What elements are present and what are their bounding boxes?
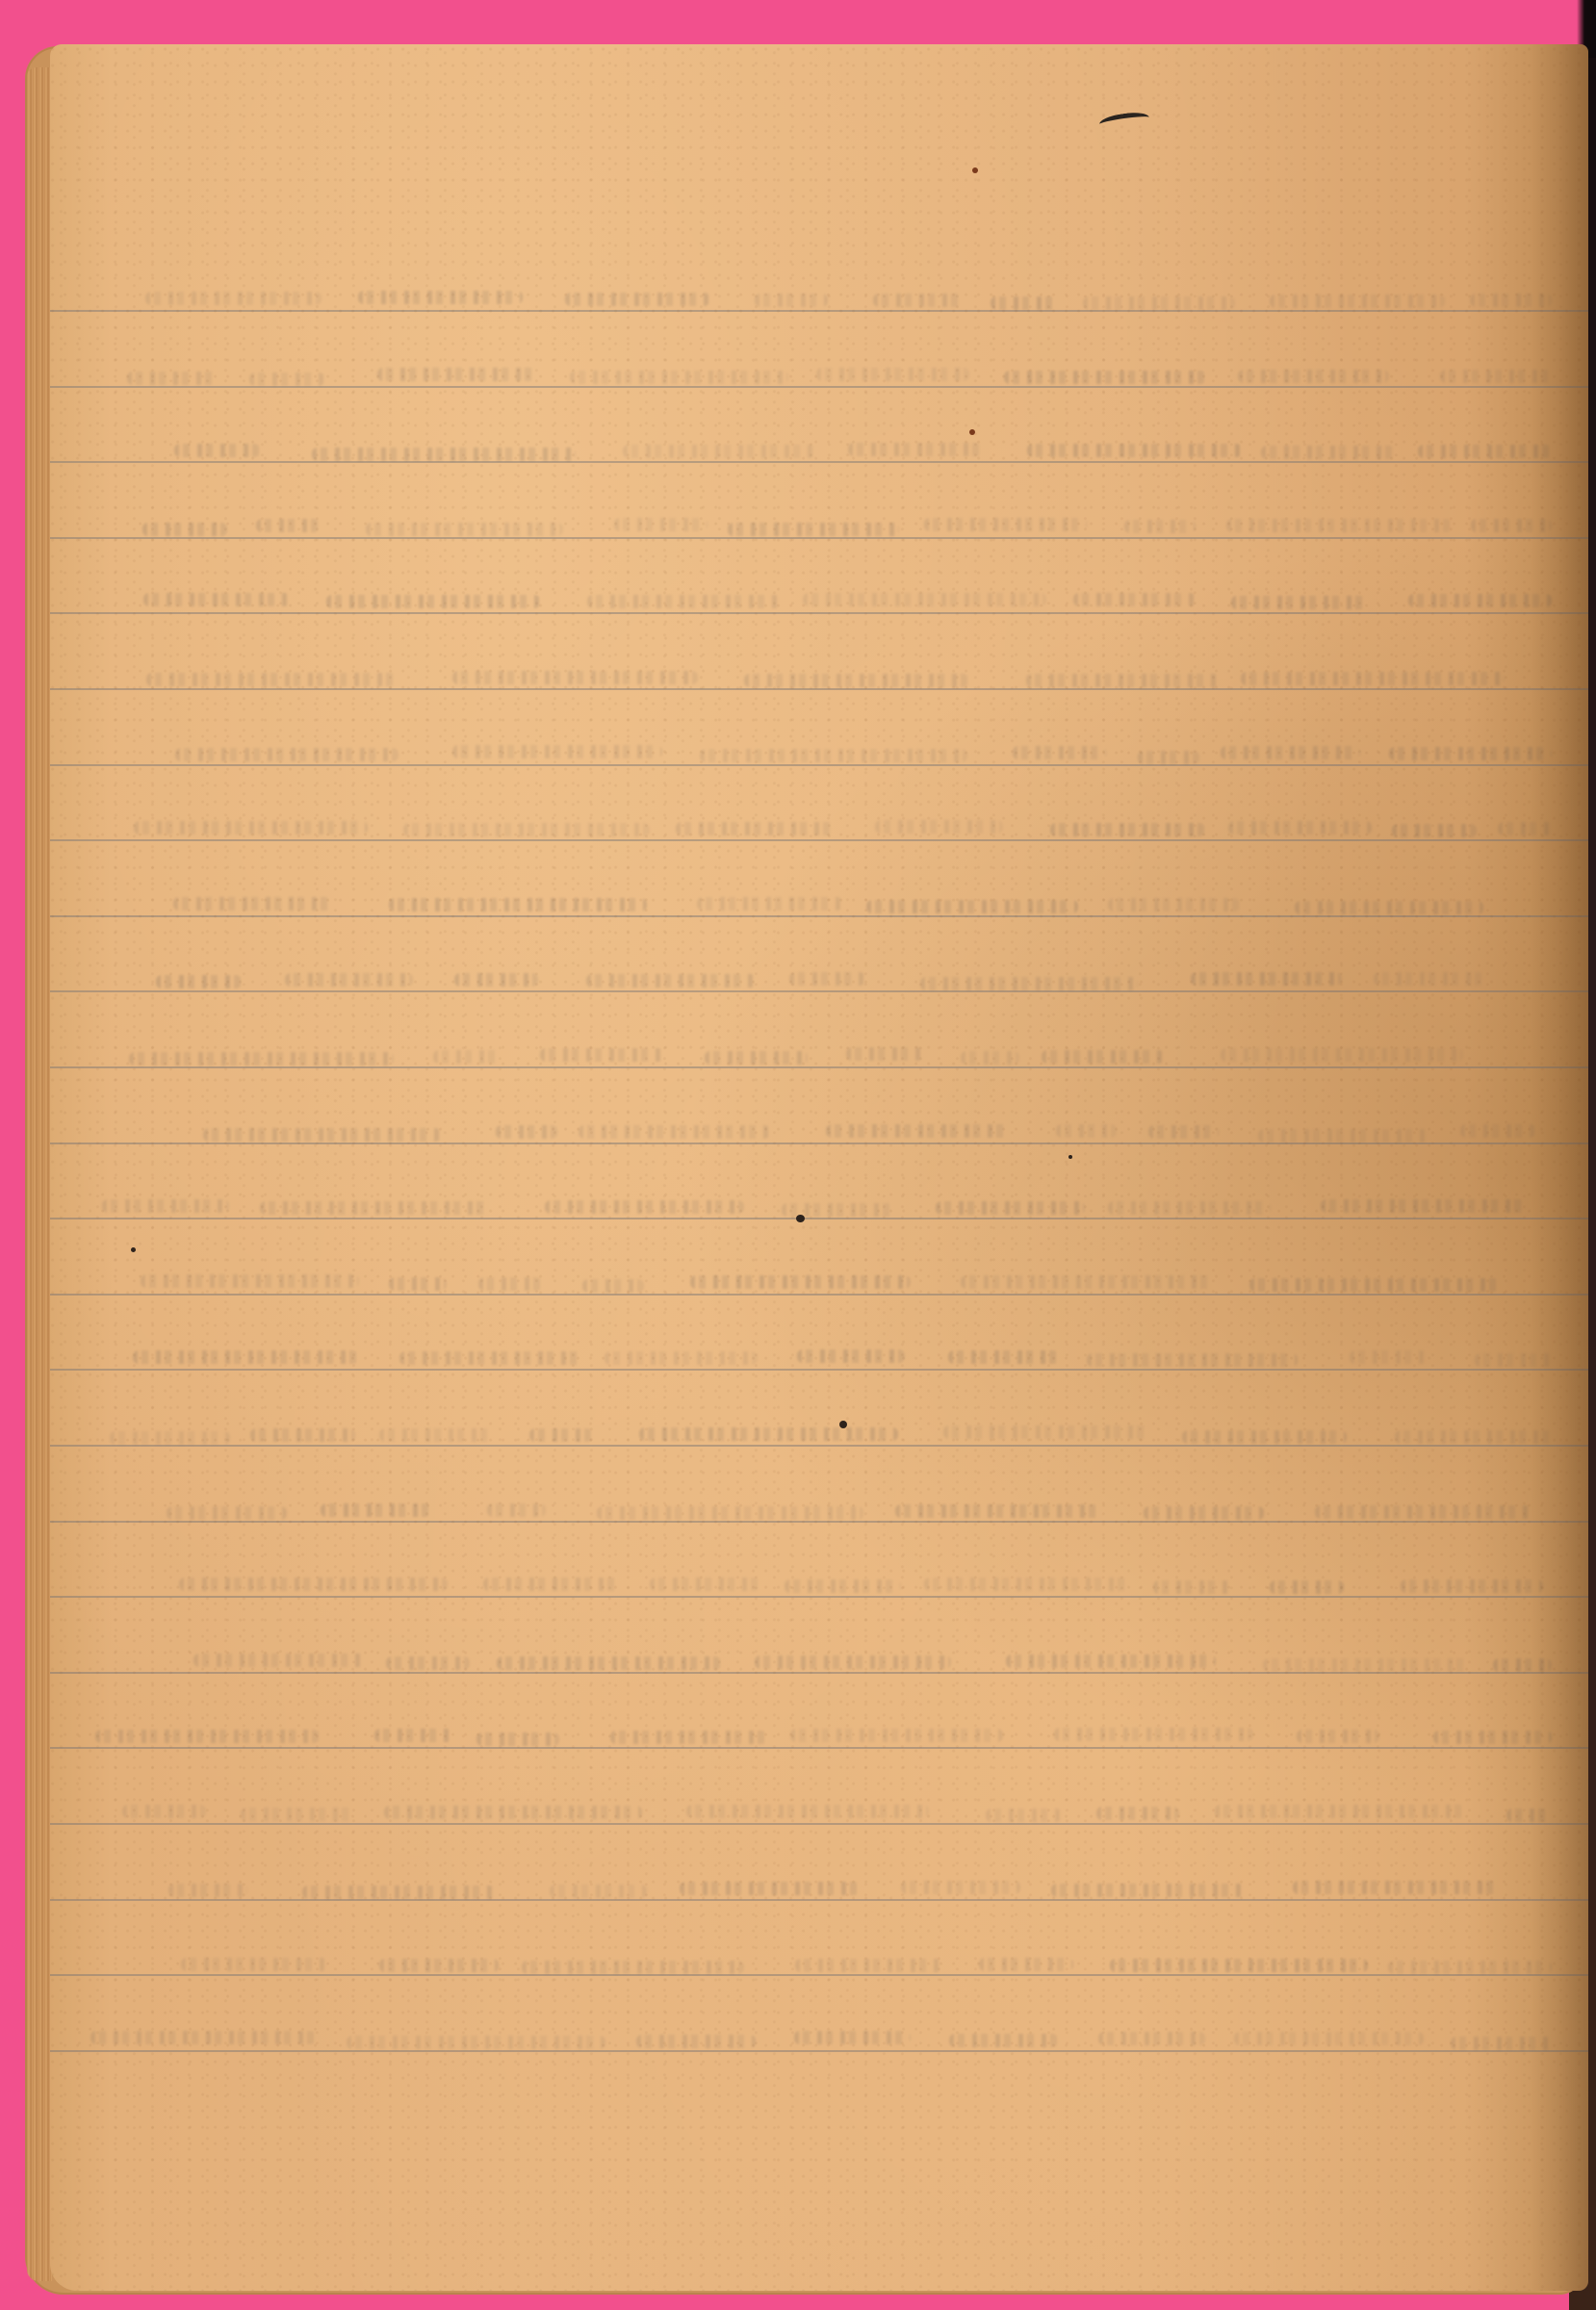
- show-through-word: [366, 523, 563, 536]
- show-through-word: [540, 1048, 663, 1062]
- show-through-word: [483, 1578, 621, 1591]
- show-through-word: [582, 1279, 644, 1293]
- show-through-word: [374, 1729, 452, 1742]
- show-through-word: [95, 1730, 320, 1743]
- show-through-word: [816, 368, 969, 381]
- show-through-word: [179, 1578, 447, 1591]
- show-through-word: [924, 518, 1087, 531]
- ruled-line: [50, 839, 1588, 841]
- show-through-word: [1238, 370, 1388, 383]
- show-through-word: [193, 1654, 364, 1667]
- show-through-word: [133, 1350, 358, 1364]
- show-through-word: [697, 897, 842, 911]
- ruled-line: [50, 1823, 1588, 1825]
- show-through-word: [1226, 519, 1452, 532]
- show-through-word: [570, 371, 788, 384]
- show-through-word: [1027, 444, 1241, 457]
- ink-speck: [972, 167, 978, 173]
- show-through-word: [384, 1806, 642, 1819]
- show-through-word: [979, 1958, 1073, 1971]
- ruled-line: [50, 1445, 1588, 1447]
- show-through-word: [1050, 823, 1204, 836]
- show-through-word: [134, 821, 368, 834]
- show-through-word: [1215, 1805, 1468, 1818]
- show-through-word: [1228, 821, 1372, 834]
- show-through-word: [110, 1431, 230, 1445]
- show-through-word: [1293, 1881, 1497, 1894]
- show-through-word: [1295, 901, 1483, 914]
- show-through-word: [1056, 1124, 1117, 1138]
- show-through-word: [1258, 1129, 1428, 1142]
- show-through-word: [1004, 371, 1206, 384]
- notebook-page: [50, 44, 1588, 2291]
- show-through-word: [1221, 746, 1361, 759]
- show-through-word: [1241, 672, 1505, 685]
- show-through-word: [260, 1201, 491, 1215]
- ruled-line: [50, 2050, 1588, 2052]
- show-through-word: [379, 1959, 499, 1972]
- show-through-word: [1234, 2032, 1423, 2045]
- show-through-word: [991, 296, 1059, 310]
- show-through-word: [1098, 2032, 1206, 2045]
- show-through-word: [347, 2036, 605, 2049]
- show-through-word: [1153, 1580, 1231, 1594]
- show-through-word: [961, 1275, 1216, 1289]
- show-through-word: [986, 1809, 1061, 1822]
- show-through-word: [141, 1274, 359, 1288]
- ruled-line: [50, 461, 1588, 463]
- show-through-word: [848, 443, 982, 456]
- ruled-line: [50, 1521, 1588, 1523]
- page-stack-edges: [27, 67, 52, 2281]
- show-through-word: [302, 1886, 495, 1899]
- show-through-word: [203, 1128, 441, 1142]
- show-through-word: [285, 973, 413, 987]
- show-through-word: [1096, 1807, 1178, 1820]
- show-through-word: [875, 820, 1003, 834]
- show-through-word: [250, 1428, 356, 1442]
- show-through-word: [167, 1506, 287, 1520]
- show-through-word: [478, 1277, 542, 1291]
- show-through-word: [785, 1579, 901, 1593]
- show-through-word: [389, 1277, 447, 1291]
- show-through-word: [454, 973, 538, 987]
- show-through-word: [1013, 746, 1106, 759]
- show-through-word: [1108, 1201, 1271, 1215]
- ruled-line: [50, 386, 1588, 388]
- show-through-word: [1051, 1884, 1245, 1897]
- show-through-word: [143, 593, 289, 606]
- ink-speck: [839, 1421, 847, 1428]
- show-through-word: [1148, 1125, 1218, 1139]
- show-through-word: [1270, 1580, 1344, 1594]
- show-through-word: [686, 1805, 929, 1818]
- show-through-word: [924, 1578, 1127, 1591]
- show-through-word: [122, 1805, 206, 1818]
- show-through-word: [1350, 1350, 1428, 1364]
- ruled-line: [50, 537, 1588, 539]
- show-through-word: [522, 1961, 744, 1974]
- ruled-line: [50, 990, 1588, 992]
- show-through-word: [826, 1124, 1010, 1138]
- show-through-word: [690, 1275, 910, 1289]
- show-through-word: [797, 1349, 906, 1363]
- show-through-word: [389, 898, 648, 911]
- show-through-word: [755, 294, 829, 307]
- show-through-word: [623, 445, 816, 458]
- show-through-word: [142, 523, 227, 536]
- show-through-word: [312, 448, 575, 461]
- show-through-word: [1042, 1050, 1164, 1064]
- ruled-line: [50, 764, 1588, 766]
- show-through-word: [1389, 747, 1552, 760]
- show-through-word: [744, 674, 968, 687]
- show-through-word: [173, 897, 335, 911]
- show-through-word: [795, 1959, 942, 1972]
- show-through-word: [102, 1199, 229, 1213]
- show-through-word: [1231, 596, 1369, 609]
- show-through-word: [379, 1428, 491, 1442]
- show-through-word: [586, 974, 756, 988]
- show-through-word: [943, 1425, 1150, 1439]
- show-through-word: [241, 1808, 356, 1821]
- show-through-word: [249, 372, 324, 386]
- show-through-word: [358, 291, 523, 304]
- show-through-word: [1395, 1430, 1552, 1444]
- ruled-line: [50, 1369, 1588, 1371]
- show-through-word: [127, 372, 218, 385]
- show-through-word: [873, 294, 965, 307]
- show-through-word: [129, 1052, 394, 1065]
- show-through-word: [174, 444, 260, 457]
- show-through-word: [610, 1731, 768, 1744]
- show-through-word: [901, 1881, 1020, 1894]
- ink-speck: [796, 1215, 805, 1222]
- show-through-word: [565, 293, 709, 306]
- show-through-word: [700, 749, 967, 762]
- show-through-word: [1261, 446, 1395, 459]
- show-through-word: [321, 1503, 431, 1517]
- show-through-word: [326, 595, 541, 608]
- ruled-line: [50, 915, 1588, 917]
- ruled-line: [50, 1672, 1588, 1674]
- show-through-word: [1108, 898, 1241, 911]
- show-through-word: [1182, 1430, 1347, 1444]
- show-through-word: [1263, 1658, 1470, 1672]
- show-through-word: [639, 1427, 898, 1441]
- show-through-word: [487, 1503, 545, 1517]
- show-through-word: [168, 1884, 247, 1897]
- show-through-word: [803, 593, 1047, 606]
- ruled-line: [50, 1218, 1588, 1219]
- show-through-word: [497, 1656, 722, 1670]
- show-through-word: [597, 1506, 863, 1520]
- show-through-word: [705, 1051, 808, 1065]
- ruled-line: [50, 1294, 1588, 1296]
- show-through-word: [961, 1051, 1019, 1065]
- show-through-word: [433, 1050, 502, 1064]
- show-through-word: [895, 1504, 1102, 1518]
- show-through-word: [1191, 972, 1342, 986]
- show-through-word: [476, 1732, 559, 1746]
- show-through-word: [650, 1578, 759, 1591]
- show-through-word: [1460, 1124, 1535, 1138]
- show-through-word: [1270, 295, 1444, 308]
- show-through-word: [452, 671, 698, 684]
- show-through-word: [949, 2034, 1058, 2047]
- show-through-word: [1297, 1730, 1379, 1743]
- show-through-word: [789, 972, 865, 986]
- show-through-word: [587, 595, 781, 608]
- ruled-line: [50, 1066, 1588, 1068]
- show-through-word: [181, 1958, 327, 1971]
- ink-speck: [969, 429, 975, 435]
- show-through-word: [496, 1125, 557, 1139]
- show-through-word: [579, 1125, 770, 1139]
- show-through-word: [1087, 1353, 1298, 1367]
- ruled-line: [50, 1142, 1588, 1144]
- ruled-line: [50, 612, 1588, 614]
- page-curl-shade: [1531, 44, 1588, 2291]
- ruled-line: [50, 1596, 1588, 1598]
- show-through-word: [145, 292, 322, 305]
- show-through-word: [1083, 296, 1235, 310]
- show-through-word: [846, 1047, 923, 1061]
- show-through-word: [1124, 520, 1196, 533]
- show-through-word: [1054, 1728, 1253, 1741]
- show-through-word: [545, 1200, 745, 1214]
- show-through-word: [386, 1656, 470, 1670]
- show-through-word: [1144, 1506, 1264, 1520]
- show-through-word: [1401, 1579, 1544, 1593]
- show-through-word: [1249, 1278, 1499, 1292]
- show-through-word: [1110, 1959, 1367, 1972]
- show-through-word: [1392, 824, 1477, 837]
- show-through-word: [146, 673, 396, 686]
- show-through-word: [399, 1351, 582, 1365]
- show-through-word: [1388, 1961, 1552, 1974]
- show-through-word: [605, 1351, 757, 1365]
- show-through-word: [948, 1350, 1059, 1364]
- show-through-word: [175, 748, 399, 761]
- ink-mark: [1098, 110, 1150, 131]
- ruled-line: [50, 1974, 1588, 1976]
- show-through-word: [794, 2031, 912, 2044]
- show-through-word: [156, 975, 242, 988]
- show-through-word: [529, 1428, 593, 1442]
- ruled-line: [50, 688, 1588, 690]
- ruled-line: [50, 310, 1588, 312]
- show-through-word: [936, 1201, 1085, 1215]
- show-through-word: [1321, 1199, 1525, 1213]
- ink-speck: [1068, 1155, 1072, 1159]
- show-through-word: [1026, 674, 1219, 687]
- show-through-word: [1315, 1505, 1531, 1519]
- show-through-word: [1073, 593, 1196, 606]
- show-through-word: [866, 900, 1077, 913]
- show-through-word: [403, 823, 651, 836]
- show-through-word: [676, 822, 837, 835]
- show-through-word: [1221, 1048, 1463, 1062]
- show-through-word: [1138, 751, 1200, 764]
- ruled-line: [50, 1899, 1588, 1901]
- show-through-word: [755, 1655, 952, 1669]
- show-through-word: [1374, 972, 1484, 986]
- show-through-word: [550, 1885, 647, 1898]
- show-through-word: [452, 745, 663, 758]
- show-through-word: [920, 977, 1138, 990]
- show-through-word: [614, 518, 708, 531]
- show-through-word: [1006, 1655, 1217, 1668]
- show-through-word: [680, 1882, 861, 1895]
- show-through-word: [377, 368, 535, 381]
- show-through-word: [90, 2031, 316, 2044]
- show-through-word: [728, 523, 899, 536]
- show-through-word: [790, 1729, 1003, 1742]
- show-through-word: [636, 2035, 756, 2048]
- ink-speck: [131, 1247, 136, 1252]
- show-through-word: [256, 519, 319, 532]
- ruled-line: [50, 1747, 1588, 1749]
